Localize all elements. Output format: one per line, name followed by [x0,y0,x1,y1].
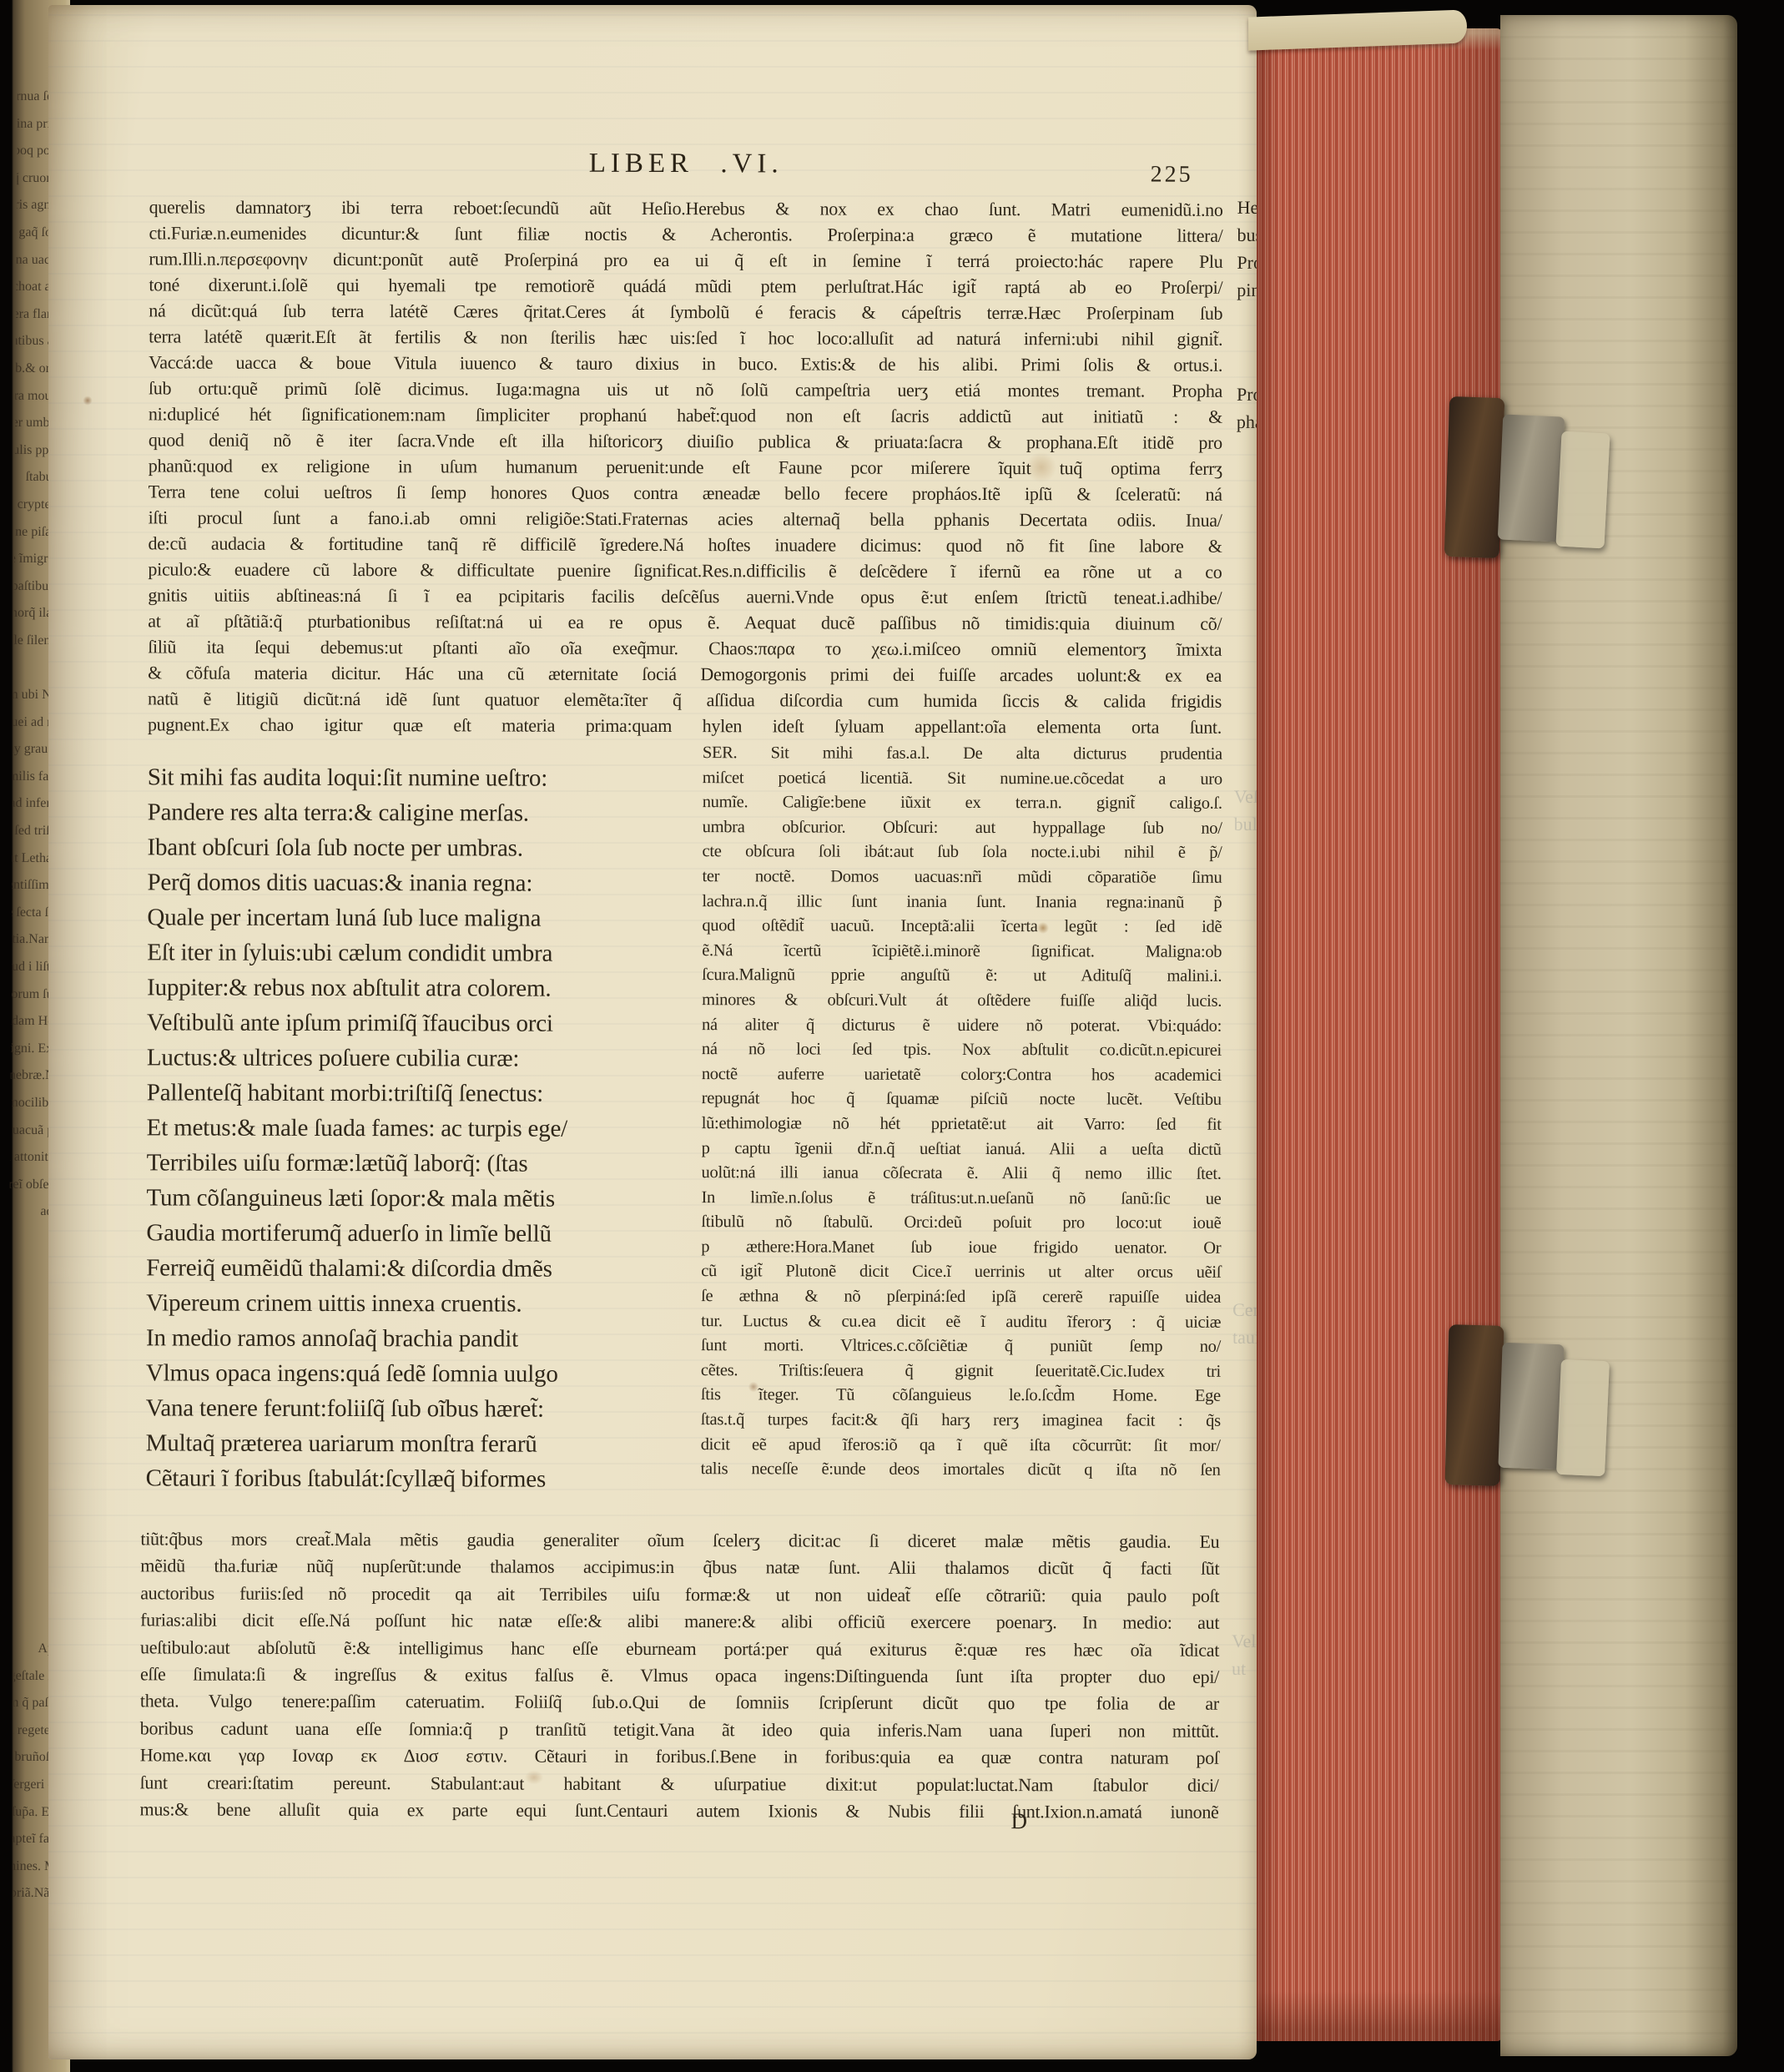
commentary-line: lũ:ethimologiæ nõ hét pprietatẽ:ut ait V… [702,1112,1222,1137]
verse-line: Gaudia mortiferumq̃ aduerſo in limĩe bel… [146,1215,698,1252]
commentary-line: lachra.n.q̃ illic ſunt inania ſunt. Inan… [702,890,1222,915]
commentary-line: mus:& bene alluſit quia ex parte equi ſu… [140,1796,1219,1826]
commentary-line: phanũ:quod ex religione in uſum humanum … [149,452,1222,481]
verse-line: Eſt iter in ſyluis:ubi cælum condidit um… [147,935,699,971]
commentary-line: SER. Sit mihi fas.a.l. De alta dicturus … [703,741,1222,767]
commentary-line: mẽidũ tha.furiæ nũq̃ nupſerũt:unde thala… [140,1553,1219,1583]
verse-line: Pandere res alta terra:& caligine merſas… [148,794,700,831]
red-fore-edge [1257,28,1502,2041]
commentary-line: ſtas.t.q̃ turpes facit:& q̃ſi harʒ rerʒ … [701,1408,1221,1434]
verse-line: Vipereum crinem uittis innexa cruentis. [146,1285,698,1322]
commentary-line: cte obſcura ſoli ibát:aut ſub ſola nocte… [703,840,1222,866]
commentary-line: cti.Furiæ.n.eumenides dicuntur:& ſunt fi… [149,219,1222,248]
book-photograph: r cornua ſetasina primaerboq poteſtq̃ cr… [0,0,1784,2072]
commentary-line: querelis damnatorʒ ibi terra reboet:ſecu… [149,194,1223,222]
commentary-line: p æthere:Hora.Manet ſub ioue frigido uen… [701,1235,1221,1261]
running-header: LIBER .VI. [149,147,1223,180]
commentary-line: noctẽ auferre uarietatẽ colorʒ:Contra ho… [702,1062,1222,1088]
commentary-line: cũ igit̃ Plutonẽ dicit Cice.ĩ uerrinis u… [701,1260,1221,1286]
commentary-line: ná aliter q̃ dicturus ẽ uidere nõ potera… [702,1013,1222,1039]
metal-clasp [1498,414,1565,542]
verse-line: Veſtibulũ ante ipſum primiſq̃ ĩfaucibus … [147,1005,699,1041]
commentary-line: furias:alibi dicit eſſe.Ná poſſunt hic n… [140,1607,1219,1637]
commentary-line: In limĩe.n.ſolus ẽ tráſitus:ut.n.ueſanũ … [701,1186,1221,1212]
horn-tab [1555,431,1610,549]
commentary-line: cẽtes. Triſtis:ſeuera q̃ gignit ſeuerita… [701,1359,1221,1384]
verse-line: Perq̃ domos ditis uacuas:& inania regna: [147,865,699,901]
commentary-line: uolũt:ná illi ianua cõſecrata ẽ. Alii q̃… [702,1161,1222,1187]
commentary-line: & cõfuſa materia dicitur. Hác una cũ æte… [148,659,1222,688]
commentary-line: ſtibulũ nõ ſtabulũ. Orci:deũ poſuit pro … [701,1210,1221,1236]
verse-line: Cẽtauri ĩ foribus ſtabulát:ſcyllæq̃ bifo… [146,1460,698,1497]
signature-mark: D [1010,1808,1028,1834]
commentary-line: ná nõ loci ſed tpis. Nox abſtulit co.dic… [702,1037,1222,1063]
commentary-line: ſunt morti. Vltrices.c.cõſciẽtiæ q̃ puni… [701,1333,1221,1359]
commentary-line: ſe æthna & nõ pſerpiná:ſed ipſã cererẽ r… [701,1284,1221,1310]
commentary-line: minores & obſcuri.Vult át oſtẽdere fuiſſ… [702,988,1222,1014]
metal-clasp [1498,1343,1564,1470]
commentary-line: tur. Luctus & cu.ea dicit eẽ ĩ auditu ĩf… [701,1309,1221,1335]
verse-line: Pallenteſq̃ habitant morbi:triſtiſq̃ ſen… [147,1075,699,1112]
commentary-line: terra latétẽ quærit.Eſt ãt fertilis & no… [149,323,1222,351]
commentary-line: boribus cadunt uana eſſe ſomnia:q̃ p tra… [140,1715,1219,1745]
verse-line: In medio ramos annoſaq̃ brachia pandit [146,1320,698,1357]
commentary-line: gnitis uitiis abſtineas:ná ſi ĩ ea pcipi… [148,582,1222,610]
top-commentary-block: querelis damnatorʒ ibi terra reboet:ſecu… [148,194,1223,739]
commentary-line: ni:duplicé hét ſignificationem:nam ſimpl… [149,401,1222,429]
verse-line: Tum cõſanguineus læti ſopor:& mala mẽtis [146,1180,698,1217]
commentary-line: quod oſtẽdit̃ uacuũ. Inceptã:alii ĩcerta… [702,914,1222,940]
commentary-line: ueſtibulo:aut abſolutũ ẽ:& intelligimus … [140,1634,1219,1664]
bottom-commentary-block: tiũt:q̃bus mors creat̃.Mala mẽtis gaudia… [140,1525,1220,1826]
commentary-line: rum.Illi.n.περσεφονην dicunt:ponũt autẽ … [149,245,1222,274]
commentary-line: ná dicũt:quá ſub terra latétẽ Cæres q̃ri… [149,297,1222,325]
commentary-line: tiũt:q̃bus mors creat̃.Mala mẽtis gaudia… [140,1525,1219,1555]
commentary-line: auctoribus furiis:ſed nõ procedit qa ait… [140,1580,1219,1610]
horn-tab [1556,1359,1610,1476]
commentary-line: pugnent.Ex chao igitur quæ eſt materia p… [148,711,1222,739]
commentary-line: ſtis ĩteger. Tũ cõſanguieus le.ſo.ſcd̃m … [701,1384,1221,1409]
commentary-line: at aĩ pſtãtiã:q̃ pturbationibus reſiſtat… [148,607,1222,636]
commentary-line: de:cũ audacia & fortitudine tanq̃ rẽ dif… [148,530,1222,558]
verse-line: Iuppiter:& rebus nox abſtulit atra color… [147,970,699,1006]
commentary-line: ẽ.Ná ĩcertũ ĩcipiẽtẽ.i.minorẽ ſignificat… [702,939,1222,965]
commentary-line: theta. Vulgo tenere:paſſim cateruatim. F… [140,1688,1219,1718]
commentary-line: Home.και γαρ Ιοναρ εκ Διοσ εστιν. Cẽtaur… [140,1742,1219,1772]
verse-line: Ferreiq̃ eumẽidũ thalami:& diſcordia dmẽ… [146,1250,698,1287]
commentary-line: p captu ĩgenii dr̃.n.q̃ ueſtiat ianuá. A… [702,1137,1222,1162]
commentary-line: ſunt creari:ſtatim pereunt. Stabulant:au… [140,1769,1219,1799]
commentary-line: dicit eẽ apud ĩferos:iõ qa ĩ quẽ iſta cõ… [701,1433,1221,1459]
leather-strap [1444,396,1505,558]
verse-column: Sit mihi fas audita loqui:ſit numine ueſ… [146,759,700,1497]
book-page: LIBER .VI. 225 querelis damnatorʒ ibi te… [48,5,1257,2059]
vellum-cover [1500,15,1737,2056]
commentary-line: piculo:& euadere cũ labore & difficultat… [148,556,1222,584]
commentary-line: numĩe. Caligĩe:bene iũxit ex terra.n. gi… [703,790,1222,816]
commentary-line: Terra tene colui ueſtros ſi ſemp honores… [149,478,1222,507]
commentary-line: miſcet poeticá licentiã. Sit numine.ue.c… [703,766,1222,792]
page-number: 225 [1151,162,1226,189]
commentary-line: ter noctẽ. Domos uacuas:nr̃i mũdi cõpara… [702,865,1222,890]
commentary-line: repugnát hoc q̃ ſquamæ piſciũ nocte lucẽ… [702,1086,1222,1112]
verse-line: Vlmus opaca ingens:quá ſedẽ ſomnia uulgo [146,1355,698,1392]
text-block: LIBER .VI. 225 querelis damnatorʒ ibi te… [46,3,1259,2061]
commentary-line: iſti procul ſunt a fano.i.ab omni religi… [149,504,1222,532]
commentary-line: ſcura.Malignũ pprie anguſtũ ẽ: ut Adituſ… [702,963,1222,989]
verse-line: Sit mihi fas audita loqui:ſit numine ueſ… [148,759,700,796]
verse-line: Terribiles uiſu formæ:lætũq̃ laborq̃: (ſ… [147,1145,699,1182]
commentary-line: natũ ẽ litigiũ dicũt:ná idẽ ſunt quatuor… [148,685,1222,713]
verse-line: Ibant obſcuri ſola ſub nocte per umbras. [148,829,700,866]
commentary-line: talis neceſſe ẽ:unde deos imortales dicũ… [701,1457,1221,1483]
commentary-line: umbra obſcurior. Obſcuri: aut hyppallage… [703,815,1222,841]
commentary-line: ſiliũ ita ſequi debemus:ut pſtanti aĩo o… [148,633,1222,662]
commentary-line: toné dixerunt.i.ſolẽ qui hyemali tpe rem… [149,271,1222,300]
commentary-line: eſſe ſimulata:ſi & ingreſſus & exitus fa… [140,1661,1219,1691]
verse-line: Luctus:& ultrices poſuere cubilia curæ: [147,1040,699,1076]
commentary-line: quod deniq̃ nõ ẽ iter ſacra.Vnde eſt ill… [149,426,1222,455]
verse-line: Vana tenere ferunt:foliiſq̃ ſub oĩbus hæ… [146,1390,698,1427]
commentary-column: SER. Sit mihi fas.a.l. De alta dicturus … [701,741,1222,1483]
verse-line: Quale per incertam luná ſub luce maligna [147,900,699,936]
verse-line: Et metus:& male ſuada fames: ac turpis e… [147,1110,699,1147]
commentary-line: ſub ortu:quẽ primũ ſolẽ dicimus. Iuga:ma… [149,375,1222,403]
commentary-line: Vaccá:de uacca & boue Vitula iuuenco & t… [149,349,1222,377]
leather-strap [1444,1324,1504,1486]
verse-line: Multaq̃ præterea uariarum monſtra ferarũ [146,1425,698,1462]
